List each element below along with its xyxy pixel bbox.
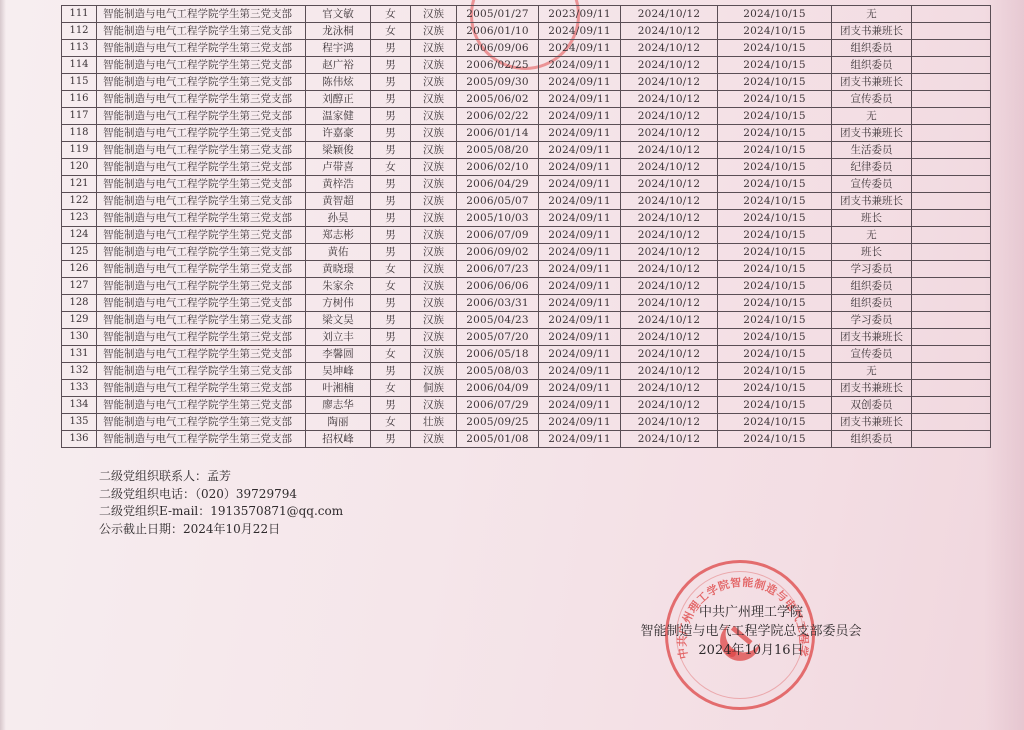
- cell-activist-date: 2024/10/12: [621, 125, 718, 142]
- cell-birth-date: 2005/06/02: [457, 91, 539, 108]
- cell-activist-date: 2024/10/12: [621, 142, 718, 159]
- cell-member-name: 陶丽: [306, 414, 371, 431]
- table-row: 125智能制造与电气工程学院学生第三党支部黄佑男汉族2006/09/022024…: [62, 244, 991, 261]
- cell-ethnicity: 汉族: [411, 312, 457, 329]
- cell-ethnicity: 汉族: [411, 227, 457, 244]
- cell-row-number: 126: [62, 261, 97, 278]
- cell-application-date: 2024/09/11: [539, 227, 621, 244]
- cell-member-name: 许嘉豪: [306, 125, 371, 142]
- cell-gender: 男: [371, 91, 411, 108]
- cell-training-date: 2024/10/15: [718, 23, 832, 40]
- cell-application-date: 2024/09/11: [539, 176, 621, 193]
- cell-birth-date: 2005/09/30: [457, 74, 539, 91]
- cell-member-name: 李馨圆: [306, 346, 371, 363]
- cell-party-branch: 智能制造与电气工程学院学生第三党支部: [97, 363, 306, 380]
- cell-training-date: 2024/10/15: [718, 431, 832, 448]
- cell-row-number: 127: [62, 278, 97, 295]
- cell-activist-date: 2024/10/12: [621, 6, 718, 23]
- cell-ethnicity: 汉族: [411, 125, 457, 142]
- cell-ethnicity: 汉族: [411, 193, 457, 210]
- signature-org-line2: 智能制造与电气工程学院总支部委员会: [606, 622, 896, 641]
- table-row: 131智能制造与电气工程学院学生第三党支部李馨圆女汉族2006/05/18202…: [62, 346, 991, 363]
- cell-gender: 男: [371, 210, 411, 227]
- cell-party-branch: 智能制造与电气工程学院学生第三党支部: [97, 23, 306, 40]
- cell-gender: 女: [371, 159, 411, 176]
- table-row: 129智能制造与电气工程学院学生第三党支部梁文昊男汉族2005/04/23202…: [62, 312, 991, 329]
- cell-training-date: 2024/10/15: [718, 414, 832, 431]
- table-row: 128智能制造与电气工程学院学生第三党支部方树伟男汉族2006/03/31202…: [62, 295, 991, 312]
- cell-birth-date: 2006/03/31: [457, 295, 539, 312]
- cell-position: 组织委员: [832, 295, 912, 312]
- cell-ethnicity: 汉族: [411, 346, 457, 363]
- cell-party-branch: 智能制造与电气工程学院学生第三党支部: [97, 108, 306, 125]
- cell-note: [912, 159, 991, 176]
- cell-gender: 男: [371, 312, 411, 329]
- cell-activist-date: 2024/10/12: [621, 261, 718, 278]
- table-row: 112智能制造与电气工程学院学生第三党支部龙泳桐女汉族2006/01/10202…: [62, 23, 991, 40]
- cell-training-date: 2024/10/15: [718, 295, 832, 312]
- table-row: 111智能制造与电气工程学院学生第三党支部官文敏女汉族2005/01/27202…: [62, 6, 991, 23]
- table-row: 119智能制造与电气工程学院学生第三党支部梁颖俊男汉族2005/08/20202…: [62, 142, 991, 159]
- cell-member-name: 廖志华: [306, 397, 371, 414]
- cell-training-date: 2024/10/15: [718, 346, 832, 363]
- cell-training-date: 2024/10/15: [718, 159, 832, 176]
- cell-activist-date: 2024/10/12: [621, 329, 718, 346]
- cell-note: [912, 74, 991, 91]
- cell-application-date: 2024/09/11: [539, 193, 621, 210]
- cell-application-date: 2024/09/11: [539, 142, 621, 159]
- cell-member-name: 郑志彬: [306, 227, 371, 244]
- cell-birth-date: 2005/01/27: [457, 6, 539, 23]
- cell-row-number: 114: [62, 57, 97, 74]
- cell-activist-date: 2024/10/12: [621, 414, 718, 431]
- cell-note: [912, 142, 991, 159]
- cell-application-date: 2024/09/11: [539, 431, 621, 448]
- cell-row-number: 125: [62, 244, 97, 261]
- cell-row-number: 136: [62, 431, 97, 448]
- cell-party-branch: 智能制造与电气工程学院学生第三党支部: [97, 210, 306, 227]
- cell-gender: 女: [371, 380, 411, 397]
- cell-training-date: 2024/10/15: [718, 261, 832, 278]
- cell-row-number: 121: [62, 176, 97, 193]
- cell-member-name: 刘立丰: [306, 329, 371, 346]
- cell-application-date: 2024/09/11: [539, 159, 621, 176]
- cell-party-branch: 智能制造与电气工程学院学生第三党支部: [97, 176, 306, 193]
- cell-row-number: 113: [62, 40, 97, 57]
- cell-row-number: 120: [62, 159, 97, 176]
- cell-note: [912, 125, 991, 142]
- cell-gender: 女: [371, 23, 411, 40]
- cell-position: 宣传委员: [832, 91, 912, 108]
- cell-row-number: 122: [62, 193, 97, 210]
- cell-member-name: 孙昊: [306, 210, 371, 227]
- roster-body: 111智能制造与电气工程学院学生第三党支部官文敏女汉族2005/01/27202…: [62, 6, 991, 448]
- cell-gender: 男: [371, 193, 411, 210]
- cell-activist-date: 2024/10/12: [621, 227, 718, 244]
- cell-training-date: 2024/10/15: [718, 108, 832, 125]
- cell-position: 学习委员: [832, 312, 912, 329]
- cell-application-date: 2024/09/11: [539, 312, 621, 329]
- cell-ethnicity: 汉族: [411, 363, 457, 380]
- cell-gender: 男: [371, 74, 411, 91]
- cell-note: [912, 23, 991, 40]
- cell-member-name: 程宇鸿: [306, 40, 371, 57]
- cell-ethnicity: 汉族: [411, 278, 457, 295]
- cell-activist-date: 2024/10/12: [621, 176, 718, 193]
- cell-activist-date: 2024/10/12: [621, 295, 718, 312]
- cell-ethnicity: 汉族: [411, 329, 457, 346]
- cell-ethnicity: 汉族: [411, 40, 457, 57]
- cell-application-date: 2024/09/11: [539, 40, 621, 57]
- cell-position: 无: [832, 363, 912, 380]
- cell-note: [912, 397, 991, 414]
- cell-application-date: 2024/09/11: [539, 278, 621, 295]
- cell-party-branch: 智能制造与电气工程学院学生第三党支部: [97, 414, 306, 431]
- table-row: 133智能制造与电气工程学院学生第三党支部叶湘楠女侗族2006/04/09202…: [62, 380, 991, 397]
- cell-note: [912, 363, 991, 380]
- cell-note: [912, 295, 991, 312]
- cell-position: 团支书兼班长: [832, 329, 912, 346]
- cell-position: 团支书兼班长: [832, 74, 912, 91]
- cell-party-branch: 智能制造与电气工程学院学生第三党支部: [97, 261, 306, 278]
- cell-activist-date: 2024/10/12: [621, 312, 718, 329]
- cell-row-number: 135: [62, 414, 97, 431]
- cell-gender: 男: [371, 57, 411, 74]
- cell-gender: 男: [371, 295, 411, 312]
- cell-row-number: 134: [62, 397, 97, 414]
- cell-birth-date: 2005/01/08: [457, 431, 539, 448]
- cell-birth-date: 2006/05/07: [457, 193, 539, 210]
- cell-position: 宣传委员: [832, 346, 912, 363]
- cell-activist-date: 2024/10/12: [621, 108, 718, 125]
- cell-position: 双创委员: [832, 397, 912, 414]
- cell-position: 班长: [832, 244, 912, 261]
- cell-activist-date: 2024/10/12: [621, 74, 718, 91]
- cell-gender: 男: [371, 176, 411, 193]
- cell-ethnicity: 汉族: [411, 57, 457, 74]
- contact-phone: 二级党组织电话：（020）39729794: [99, 486, 343, 504]
- cell-gender: 女: [371, 278, 411, 295]
- cell-note: [912, 431, 991, 448]
- cell-member-name: 温家健: [306, 108, 371, 125]
- cell-activist-date: 2024/10/12: [621, 363, 718, 380]
- cell-note: [912, 6, 991, 23]
- cell-ethnicity: 汉族: [411, 176, 457, 193]
- cell-training-date: 2024/10/15: [718, 329, 832, 346]
- cell-row-number: 131: [62, 346, 97, 363]
- cell-position: 组织委员: [832, 431, 912, 448]
- contact-email: 二级党组织E-mail：1913570871@qq.com: [99, 503, 343, 521]
- cell-gender: 男: [371, 363, 411, 380]
- cell-training-date: 2024/10/15: [718, 125, 832, 142]
- table-row: 136智能制造与电气工程学院学生第三党支部招权峰男汉族2005/01/08202…: [62, 431, 991, 448]
- cell-party-branch: 智能制造与电气工程学院学生第三党支部: [97, 346, 306, 363]
- cell-ethnicity: 汉族: [411, 74, 457, 91]
- cell-position: 团支书兼班长: [832, 414, 912, 431]
- cell-gender: 男: [371, 244, 411, 261]
- cell-training-date: 2024/10/15: [718, 227, 832, 244]
- cell-member-name: 官文敏: [306, 6, 371, 23]
- cell-application-date: 2024/09/11: [539, 380, 621, 397]
- cell-birth-date: 2006/06/06: [457, 278, 539, 295]
- table-row: 113智能制造与电气工程学院学生第三党支部程宇鸿男汉族2006/09/06202…: [62, 40, 991, 57]
- cell-member-name: 梁文昊: [306, 312, 371, 329]
- table-row: 114智能制造与电气工程学院学生第三党支部赵广裕男汉族2006/02/25202…: [62, 57, 991, 74]
- cell-row-number: 112: [62, 23, 97, 40]
- cell-gender: 男: [371, 142, 411, 159]
- cell-ethnicity: 汉族: [411, 210, 457, 227]
- cell-position: 组织委员: [832, 57, 912, 74]
- cell-row-number: 116: [62, 91, 97, 108]
- cell-birth-date: 2006/02/10: [457, 159, 539, 176]
- cell-row-number: 123: [62, 210, 97, 227]
- cell-ethnicity: 汉族: [411, 108, 457, 125]
- cell-row-number: 118: [62, 125, 97, 142]
- cell-activist-date: 2024/10/12: [621, 193, 718, 210]
- cell-row-number: 117: [62, 108, 97, 125]
- cell-training-date: 2024/10/15: [718, 176, 832, 193]
- cell-member-name: 叶湘楠: [306, 380, 371, 397]
- cell-member-name: 方树伟: [306, 295, 371, 312]
- cell-application-date: 2024/09/11: [539, 23, 621, 40]
- cell-birth-date: 2006/09/02: [457, 244, 539, 261]
- cell-birth-date: 2006/07/29: [457, 397, 539, 414]
- cell-member-name: 黄梓浩: [306, 176, 371, 193]
- roster-table: 111智能制造与电气工程学院学生第三党支部官文敏女汉族2005/01/27202…: [61, 5, 991, 448]
- cell-birth-date: 2006/05/18: [457, 346, 539, 363]
- cell-application-date: 2024/09/11: [539, 91, 621, 108]
- cell-gender: 男: [371, 108, 411, 125]
- cell-ethnicity: 壮族: [411, 414, 457, 431]
- cell-position: 无: [832, 6, 912, 23]
- table-row: 135智能制造与电气工程学院学生第三党支部陶丽女壮族2005/09/252024…: [62, 414, 991, 431]
- cell-row-number: 130: [62, 329, 97, 346]
- cell-training-date: 2024/10/15: [718, 397, 832, 414]
- cell-position: 班长: [832, 210, 912, 227]
- signature-org-line1: 中共广州理工学院: [606, 603, 896, 622]
- cell-ethnicity: 汉族: [411, 397, 457, 414]
- cell-note: [912, 414, 991, 431]
- cell-activist-date: 2024/10/12: [621, 346, 718, 363]
- cell-birth-date: 2006/02/25: [457, 57, 539, 74]
- cell-training-date: 2024/10/15: [718, 57, 832, 74]
- cell-activist-date: 2024/10/12: [621, 159, 718, 176]
- cell-gender: 男: [371, 125, 411, 142]
- cell-ethnicity: 汉族: [411, 6, 457, 23]
- cell-position: 组织委员: [832, 40, 912, 57]
- cell-party-branch: 智能制造与电气工程学院学生第三党支部: [97, 91, 306, 108]
- cell-note: [912, 57, 991, 74]
- cell-member-name: 卢带喜: [306, 159, 371, 176]
- table-row: 130智能制造与电气工程学院学生第三党支部刘立丰男汉族2005/07/20202…: [62, 329, 991, 346]
- cell-note: [912, 380, 991, 397]
- cell-row-number: 111: [62, 6, 97, 23]
- cell-member-name: 黄佑: [306, 244, 371, 261]
- cell-member-name: 黄智超: [306, 193, 371, 210]
- cell-party-branch: 智能制造与电气工程学院学生第三党支部: [97, 193, 306, 210]
- cell-birth-date: 2006/09/06: [457, 40, 539, 57]
- page-edge-shadow: [0, 0, 6, 730]
- cell-birth-date: 2005/09/25: [457, 414, 539, 431]
- cell-position: 组织委员: [832, 278, 912, 295]
- cell-birth-date: 2006/01/10: [457, 23, 539, 40]
- table-row: 120智能制造与电气工程学院学生第三党支部卢带喜女汉族2006/02/10202…: [62, 159, 991, 176]
- table-row: 121智能制造与电气工程学院学生第三党支部黄梓浩男汉族2006/04/29202…: [62, 176, 991, 193]
- signature-block: 中共广州理工学院 智能制造与电气工程学院总支部委员会 2024年10月16日: [606, 603, 896, 660]
- cell-application-date: 2024/09/11: [539, 74, 621, 91]
- cell-member-name: 黄晓璟: [306, 261, 371, 278]
- cell-activist-date: 2024/10/12: [621, 23, 718, 40]
- cell-ethnicity: 汉族: [411, 295, 457, 312]
- cell-party-branch: 智能制造与电气工程学院学生第三党支部: [97, 312, 306, 329]
- cell-gender: 女: [371, 6, 411, 23]
- cell-note: [912, 193, 991, 210]
- cell-training-date: 2024/10/15: [718, 278, 832, 295]
- cell-application-date: 2024/09/11: [539, 244, 621, 261]
- cell-row-number: 119: [62, 142, 97, 159]
- cell-training-date: 2024/10/15: [718, 363, 832, 380]
- cell-party-branch: 智能制造与电气工程学院学生第三党支部: [97, 295, 306, 312]
- cell-application-date: 2024/09/11: [539, 414, 621, 431]
- cell-activist-date: 2024/10/12: [621, 40, 718, 57]
- cell-application-date: 2024/09/11: [539, 363, 621, 380]
- cell-birth-date: 2005/10/03: [457, 210, 539, 227]
- cell-position: 学习委员: [832, 261, 912, 278]
- cell-training-date: 2024/10/15: [718, 380, 832, 397]
- cell-note: [912, 346, 991, 363]
- cell-member-name: 陈伟炫: [306, 74, 371, 91]
- cell-member-name: 赵广裕: [306, 57, 371, 74]
- cell-note: [912, 108, 991, 125]
- cell-member-name: 龙泳桐: [306, 23, 371, 40]
- cell-party-branch: 智能制造与电气工程学院学生第三党支部: [97, 278, 306, 295]
- cell-note: [912, 244, 991, 261]
- cell-application-date: 2024/09/11: [539, 295, 621, 312]
- table-row: 126智能制造与电气工程学院学生第三党支部黄晓璟女汉族2006/07/23202…: [62, 261, 991, 278]
- cell-birth-date: 2006/01/14: [457, 125, 539, 142]
- cell-member-name: 招权峰: [306, 431, 371, 448]
- cell-activist-date: 2024/10/12: [621, 380, 718, 397]
- cell-ethnicity: 汉族: [411, 261, 457, 278]
- cell-row-number: 115: [62, 74, 97, 91]
- cell-note: [912, 227, 991, 244]
- cell-member-name: 梁颖俊: [306, 142, 371, 159]
- cell-ethnicity: 汉族: [411, 159, 457, 176]
- cell-gender: 男: [371, 329, 411, 346]
- cell-ethnicity: 汉族: [411, 91, 457, 108]
- cell-training-date: 2024/10/15: [718, 74, 832, 91]
- cell-party-branch: 智能制造与电气工程学院学生第三党支部: [97, 329, 306, 346]
- cell-ethnicity: 汉族: [411, 244, 457, 261]
- cell-note: [912, 329, 991, 346]
- cell-note: [912, 278, 991, 295]
- cell-position: 团支书兼班长: [832, 23, 912, 40]
- cell-party-branch: 智能制造与电气工程学院学生第三党支部: [97, 57, 306, 74]
- cell-position: 宣传委员: [832, 176, 912, 193]
- cell-gender: 男: [371, 431, 411, 448]
- cell-activist-date: 2024/10/12: [621, 57, 718, 74]
- cell-training-date: 2024/10/15: [718, 193, 832, 210]
- cell-training-date: 2024/10/15: [718, 210, 832, 227]
- table-row: 124智能制造与电气工程学院学生第三党支部郑志彬男汉族2006/07/09202…: [62, 227, 991, 244]
- cell-position: 生活委员: [832, 142, 912, 159]
- cell-party-branch: 智能制造与电气工程学院学生第三党支部: [97, 142, 306, 159]
- cell-application-date: 2024/09/11: [539, 329, 621, 346]
- cell-training-date: 2024/10/15: [718, 6, 832, 23]
- cell-gender: 男: [371, 227, 411, 244]
- cell-gender: 男: [371, 40, 411, 57]
- cell-party-branch: 智能制造与电气工程学院学生第三党支部: [97, 380, 306, 397]
- cell-application-date: 2024/09/11: [539, 210, 621, 227]
- cell-gender: 女: [371, 414, 411, 431]
- cell-position: 团支书兼班长: [832, 380, 912, 397]
- cell-activist-date: 2024/10/12: [621, 210, 718, 227]
- cell-birth-date: 2005/08/03: [457, 363, 539, 380]
- cell-birth-date: 2006/04/29: [457, 176, 539, 193]
- cell-ethnicity: 汉族: [411, 23, 457, 40]
- contact-info: 二级党组织联系人：孟芳 二级党组织电话：（020）39729794 二级党组织E…: [99, 468, 343, 538]
- cell-party-branch: 智能制造与电气工程学院学生第三党支部: [97, 159, 306, 176]
- cell-position: 纪律委员: [832, 159, 912, 176]
- cell-ethnicity: 侗族: [411, 380, 457, 397]
- cell-party-branch: 智能制造与电气工程学院学生第三党支部: [97, 397, 306, 414]
- cell-ethnicity: 汉族: [411, 142, 457, 159]
- cell-party-branch: 智能制造与电气工程学院学生第三党支部: [97, 6, 306, 23]
- cell-birth-date: 2006/02/22: [457, 108, 539, 125]
- cell-row-number: 129: [62, 312, 97, 329]
- cell-training-date: 2024/10/15: [718, 312, 832, 329]
- cell-gender: 女: [371, 346, 411, 363]
- cell-application-date: 2024/09/11: [539, 108, 621, 125]
- cell-party-branch: 智能制造与电气工程学院学生第三党支部: [97, 40, 306, 57]
- cell-position: 团支书兼班长: [832, 193, 912, 210]
- cell-activist-date: 2024/10/12: [621, 244, 718, 261]
- cell-row-number: 132: [62, 363, 97, 380]
- cell-birth-date: 2005/07/20: [457, 329, 539, 346]
- cell-training-date: 2024/10/15: [718, 244, 832, 261]
- cell-gender: 女: [371, 261, 411, 278]
- cell-position: 团支书兼班长: [832, 125, 912, 142]
- cell-note: [912, 261, 991, 278]
- signature-date: 2024年10月16日: [606, 641, 896, 660]
- cell-birth-date: 2005/04/23: [457, 312, 539, 329]
- cell-application-date: 2024/09/11: [539, 346, 621, 363]
- cell-note: [912, 40, 991, 57]
- table-row: 118智能制造与电气工程学院学生第三党支部许嘉豪男汉族2006/01/14202…: [62, 125, 991, 142]
- cell-application-date: 2024/09/11: [539, 125, 621, 142]
- cell-activist-date: 2024/10/12: [621, 91, 718, 108]
- table-row: 127智能制造与电气工程学院学生第三党支部朱家余女汉族2006/06/06202…: [62, 278, 991, 295]
- cell-birth-date: 2006/07/09: [457, 227, 539, 244]
- cell-training-date: 2024/10/15: [718, 142, 832, 159]
- table-row: 116智能制造与电气工程学院学生第三党支部刘醇正男汉族2005/06/02202…: [62, 91, 991, 108]
- table-row: 122智能制造与电气工程学院学生第三党支部黄智超男汉族2006/05/07202…: [62, 193, 991, 210]
- cell-party-branch: 智能制造与电气工程学院学生第三党支部: [97, 227, 306, 244]
- cell-training-date: 2024/10/15: [718, 91, 832, 108]
- cell-note: [912, 210, 991, 227]
- cell-row-number: 124: [62, 227, 97, 244]
- cell-party-branch: 智能制造与电气工程学院学生第三党支部: [97, 244, 306, 261]
- cell-application-date: 2024/09/11: [539, 57, 621, 74]
- table-row: 132智能制造与电气工程学院学生第三党支部吴坤峰男汉族2005/08/03202…: [62, 363, 991, 380]
- contact-person: 二级党组织联系人：孟芳: [99, 468, 343, 486]
- cell-party-branch: 智能制造与电气工程学院学生第三党支部: [97, 125, 306, 142]
- cell-member-name: 朱家余: [306, 278, 371, 295]
- cell-row-number: 128: [62, 295, 97, 312]
- table-row: 115智能制造与电气工程学院学生第三党支部陈伟炫男汉族2005/09/30202…: [62, 74, 991, 91]
- cell-row-number: 133: [62, 380, 97, 397]
- cell-ethnicity: 汉族: [411, 431, 457, 448]
